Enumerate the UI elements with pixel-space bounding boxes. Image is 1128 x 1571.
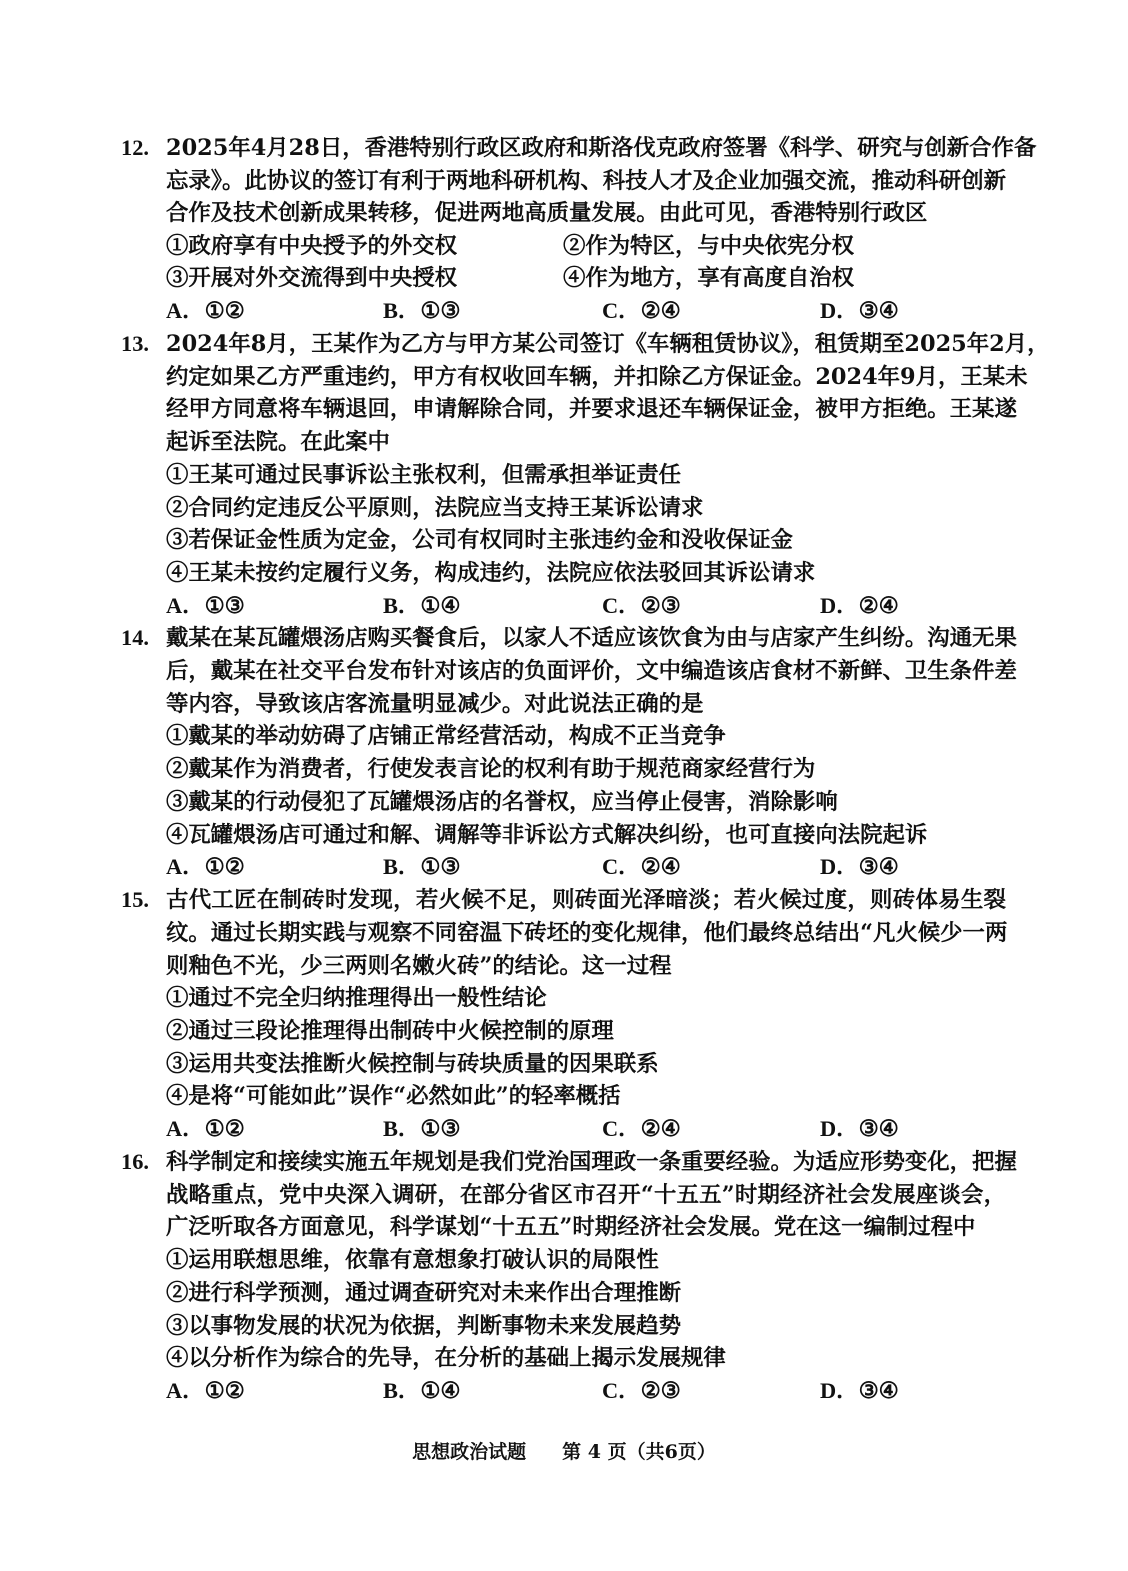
statement-item-1: ①政府享有中央授予的外交权 [166,230,546,262]
option-c[interactable]: C．②④ [602,295,681,327]
exam-page: 12. 2025年4月28日，香港特别行政区政府和斯洛伐克政府签署《科学、研究与… [0,0,1128,1571]
question-stem-line: 2025年4月28日，香港特别行政区政府和斯洛伐克政府签署《科学、研究与创新合作… [166,132,1006,164]
option-a[interactable]: A．①② [166,1113,245,1145]
statement-item-2: ②合同约定违反公平原则，法院应当支持王某诉讼请求 [166,492,1026,524]
question-stem-line: 经甲方同意将车辆退回，申请解除合同，并要求退还车辆保证金，被甲方拒绝。王某遂 [166,393,1006,425]
statement-item-3: ③以事物发展的状况为依据，判断事物未来发展趋势 [166,1310,1026,1342]
statement-item-3: ③运用共变法推断火候控制与砖块质量的因果联系 [166,1048,1026,1080]
question-stem-line: 古代工匠在制砖时发现，若火候不足，则砖面光泽暗淡；若火候过度，则砖体易生裂 [166,884,1006,916]
statement-item-3: ③若保证金性质为定金，公司有权同时主张违约金和没收保证金 [166,524,1026,556]
statement-item-1: ①通过不完全归纳推理得出一般性结论 [166,982,1026,1014]
question-stem-line: 等内容，导致该店客流量明显减少。对此说法正确的是 [166,688,1026,720]
option-d[interactable]: D．③④ [820,1375,899,1407]
option-c[interactable]: C．②③ [602,590,681,622]
question-stem-line: 后，戴某在社交平台发布针对该店的负面评价，文中编造该店食材不新鲜、卫生条件差 [166,655,1006,687]
statement-item-4: ④瓦罐煨汤店可通过和解、调解等非诉讼方式解决纠纷，也可直接向法院起诉 [166,819,1026,851]
question-stem-line: 科学制定和接续实施五年规划是我们党治国理政一条重要经验。为适应形势变化，把握 [166,1146,1006,1178]
statement-item-3: ③戴某的行动侵犯了瓦罐煨汤店的名誉权，应当停止侵害，消除影响 [166,786,1026,818]
statement-item-3: ③开展对外交流得到中央授权 [166,262,546,294]
statement-item-2: ②作为特区，与中央依宪分权 [563,230,983,262]
statement-item-4: ④作为地方，享有高度自治权 [563,262,983,294]
option-a[interactable]: A．①② [166,851,245,883]
question-stem-line: 广泛听取各方面意见，科学谋划“十五五”时期经济社会发展。党在这一编制过程中 [166,1211,1026,1243]
question-number: 13. [121,328,149,360]
question-stem-line: 约定如果乙方严重违约，甲方有权收回车辆，并扣除乙方保证金。2024年9月，王某未 [166,361,1006,393]
question-stem-line: 起诉至法院。在此案中 [166,426,1026,458]
option-b[interactable]: B．①④ [383,1375,460,1407]
option-b[interactable]: B．①③ [383,295,460,327]
option-a[interactable]: A．①② [166,1375,245,1407]
question-stem-line: 合作及技术创新成果转移，促进两地高质量发展。由此可见，香港特别行政区 [166,197,1026,229]
footer-subject: 思想政治试题 [412,1438,526,1466]
question-stem-line: 纹。通过长期实践与观察不同窑温下砖坯的变化规律，他们最终总结出“凡火候少一两 [166,917,1006,949]
question-stem-line: 战略重点，党中央深入调研，在部分省区市召开“十五五”时期经济社会发展座谈会， [166,1179,1006,1211]
statement-item-2: ②通过三段论推理得出制砖中火候控制的原理 [166,1015,1026,1047]
question-stem-line: 戴某在某瓦罐煨汤店购买餐食后，以家人不适应该饮食为由与店家产生纠纷。沟通无果 [166,622,1006,654]
question-number: 14. [121,622,149,654]
statement-item-1: ①王某可通过民事诉讼主张权利，但需承担举证责任 [166,459,1026,491]
option-b[interactable]: B．①④ [383,590,460,622]
option-c[interactable]: C．②③ [602,1375,681,1407]
statement-item-2: ②戴某作为消费者，行使发表言论的权利有助于规范商家经营行为 [166,753,1026,785]
statement-item-4: ④是将“可能如此”误作“必然如此”的轻率概括 [166,1080,1026,1112]
statement-item-4: ④王某未按约定履行义务，构成违约，法院应依法驳回其诉讼请求 [166,557,1026,589]
statement-item-2: ②进行科学预测，通过调查研究对未来作出合理推断 [166,1277,1026,1309]
option-d[interactable]: D．③④ [820,295,899,327]
question-stem-line: 则釉色不光，少三两则名嫩火砖”的结论。这一过程 [166,950,1026,982]
statement-item-4: ④以分析作为综合的先导，在分析的基础上揭示发展规律 [166,1342,1026,1374]
option-d[interactable]: D．②④ [820,590,899,622]
option-b[interactable]: B．①③ [383,851,460,883]
footer-page-number: 第 4 页（共6页） [562,1438,716,1466]
page-footer: 思想政治试题第 4 页（共6页） [0,1438,1128,1466]
statement-item-1: ①戴某的举动妨碍了店铺正常经营活动，构成不正当竞争 [166,720,1026,752]
option-a[interactable]: A．①② [166,295,245,327]
question-stem-line: 2024年8月，王某作为乙方与甲方某公司签订《车辆租赁协议》，租赁期至2025年… [166,328,1006,360]
option-d[interactable]: D．③④ [820,1113,899,1145]
option-b[interactable]: B．①③ [383,1113,460,1145]
option-a[interactable]: A．①③ [166,590,245,622]
option-d[interactable]: D．③④ [820,851,899,883]
question-number: 15. [121,884,149,916]
question-stem-line: 忘录》。此协议的签订有利于两地科研机构、科技人才及企业加强交流，推动科研创新 [166,165,1006,197]
option-c[interactable]: C．②④ [602,1113,681,1145]
option-c[interactable]: C．②④ [602,851,681,883]
statement-item-1: ①运用联想思维，依靠有意想象打破认识的局限性 [166,1244,1026,1276]
question-number: 12. [121,132,149,164]
question-number: 16. [121,1146,149,1178]
